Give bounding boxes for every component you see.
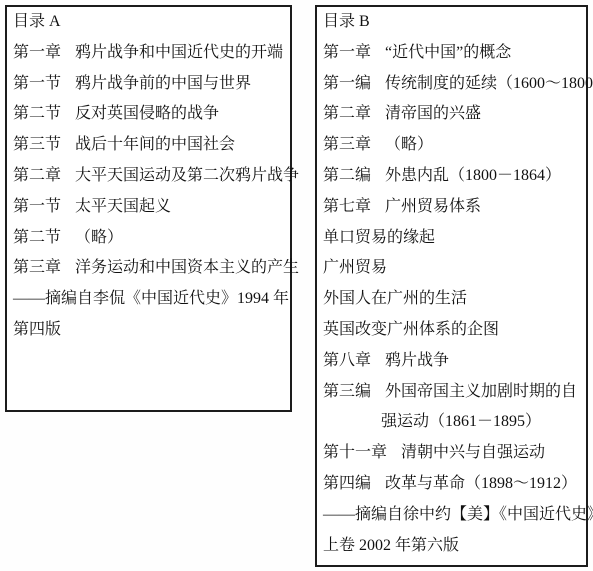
toc-line-text: 洋务运动和中国资本主义的产生: [75, 259, 299, 276]
toc-line-text: 改革与革命（1898～1912）: [385, 475, 577, 492]
toc-line-text: 战后十年间的中国社会: [75, 136, 235, 153]
toc-line: 第二节 （略）: [13, 223, 284, 254]
toc-line-text: 广州贸易: [323, 259, 387, 276]
toc-line: 第二节 反对英国侵略的战争: [13, 99, 284, 130]
toc-line: 第四编 改革与革命（1898～1912）: [323, 469, 580, 500]
toc-line-text: 清朝中兴与自强运动: [401, 444, 545, 461]
toc-line-text: 太平天国起义: [75, 198, 171, 215]
catalog-a-lines: 第一章 鸦片战争和中国近代史的开端 第一节 鸦片战争前的中国与世界 第二节 反对…: [13, 38, 284, 346]
toc-line: 第一编 传统制度的延续（1600～1800）: [323, 69, 580, 100]
toc-line: 强运动（1861－1895）: [381, 407, 580, 438]
toc-line: ——摘编自李侃《中国近代史》1994 年: [13, 284, 284, 315]
toc-line-label: 第二章: [323, 105, 371, 122]
toc-line-label: 第八章: [323, 352, 371, 369]
toc-line: 第一章 “近代中国”的概念: [323, 38, 580, 69]
toc-line-text: 外患内乱（1800－1864）: [385, 167, 561, 184]
toc-line-text: 清帝国的兴盛: [385, 105, 481, 122]
toc-line-text: 传统制度的延续（1600～1800）: [385, 75, 593, 92]
toc-line-label: 第一编: [323, 75, 371, 92]
toc-line-text: 单口贸易的缘起: [323, 229, 435, 246]
document-page: 目录 A 第一章 鸦片战争和中国近代史的开端 第一节 鸦片战争前的中国与世界 第…: [0, 0, 593, 571]
catalog-a-title: 目录 A: [13, 7, 284, 38]
toc-line-text: 强运动（1861－1895）: [381, 413, 541, 430]
toc-line-text: 鸦片战争前的中国与世界: [75, 75, 251, 92]
toc-line: 第一节 太平天国起义: [13, 192, 284, 223]
toc-line-label: 第一章: [13, 44, 61, 61]
toc-line-text: 大平天国运动及第二次鸦片战争: [75, 167, 299, 184]
catalog-b-lines: 第一章 “近代中国”的概念 第一编 传统制度的延续（1600～1800） 第二章…: [323, 38, 580, 562]
toc-line-text: 上卷 2002 年第六版: [323, 537, 459, 554]
catalog-b-title: 目录 B: [323, 7, 580, 38]
toc-line-label: 第二章: [13, 167, 61, 184]
toc-line: 第三章 （略）: [323, 130, 580, 161]
toc-line: 第四版: [13, 315, 284, 346]
toc-line-label: 第三编: [323, 383, 371, 400]
toc-line-text: 英国改变广州体系的企图: [323, 321, 499, 338]
toc-line: 第一章 鸦片战争和中国近代史的开端: [13, 38, 284, 69]
toc-line: 英国改变广州体系的企图: [323, 315, 580, 346]
toc-line: 第三章 洋务运动和中国资本主义的产生: [13, 253, 284, 284]
toc-line: 第二章 清帝国的兴盛: [323, 99, 580, 130]
toc-line: 第十一章 清朝中兴与自强运动: [323, 438, 580, 469]
toc-line-text: “近代中国”的概念: [385, 44, 511, 61]
toc-line-label: 第三章: [323, 136, 371, 153]
toc-line: 第二章 大平天国运动及第二次鸦片战争: [13, 161, 284, 192]
toc-line-text: 外国人在广州的生活: [323, 290, 467, 307]
catalog-a-box: 目录 A 第一章 鸦片战争和中国近代史的开端 第一节 鸦片战争前的中国与世界 第…: [5, 5, 292, 412]
toc-line-label: 第七章: [323, 198, 371, 215]
toc-line-text: 广州贸易体系: [385, 198, 481, 215]
toc-line: 第二编 外患内乱（1800－1864）: [323, 161, 580, 192]
catalog-b-box: 目录 B 第一章 “近代中国”的概念 第一编 传统制度的延续（1600～1800…: [315, 5, 588, 567]
toc-line-label: 第一节: [13, 75, 61, 92]
toc-line: 单口贸易的缘起: [323, 223, 580, 254]
toc-line-text: 外国帝国主义加剧时期的自: [385, 383, 577, 400]
toc-line-label: 第四编: [323, 475, 371, 492]
toc-line-text: （略）: [75, 229, 123, 246]
toc-line: 第八章 鸦片战争: [323, 346, 580, 377]
toc-line-text: （略）: [385, 136, 433, 153]
toc-line: 广州贸易: [323, 253, 580, 284]
toc-line-label: 第十一章: [323, 444, 387, 461]
toc-line-label: 第三节: [13, 136, 61, 153]
toc-line: ——摘编自徐中约【美】《中国近代史》: [323, 500, 580, 531]
toc-line-text: 鸦片战争: [385, 352, 449, 369]
toc-line-label: 第三章: [13, 259, 61, 276]
toc-line: 第七章 广州贸易体系: [323, 192, 580, 223]
toc-line-text: ——摘编自徐中约【美】《中国近代史》: [323, 506, 593, 523]
toc-line-label: 第一节: [13, 198, 61, 215]
toc-line: 第三节 战后十年间的中国社会: [13, 130, 284, 161]
toc-line-text: 第四版: [13, 321, 61, 338]
toc-line: 上卷 2002 年第六版: [323, 531, 580, 562]
toc-line-text: 鸦片战争和中国近代史的开端: [75, 44, 283, 61]
toc-line-label: 第二节: [13, 229, 61, 246]
toc-line: 外国人在广州的生活: [323, 284, 580, 315]
toc-line: 第一节 鸦片战争前的中国与世界: [13, 69, 284, 100]
toc-line-label: 第二节: [13, 105, 61, 122]
toc-line-text: 反对英国侵略的战争: [75, 105, 219, 122]
toc-line-text: ——摘编自李侃《中国近代史》1994 年: [13, 290, 289, 307]
toc-line-label: 第二编: [323, 167, 371, 184]
toc-line-label: 第一章: [323, 44, 371, 61]
toc-line: 第三编 外国帝国主义加剧时期的自: [323, 377, 580, 408]
